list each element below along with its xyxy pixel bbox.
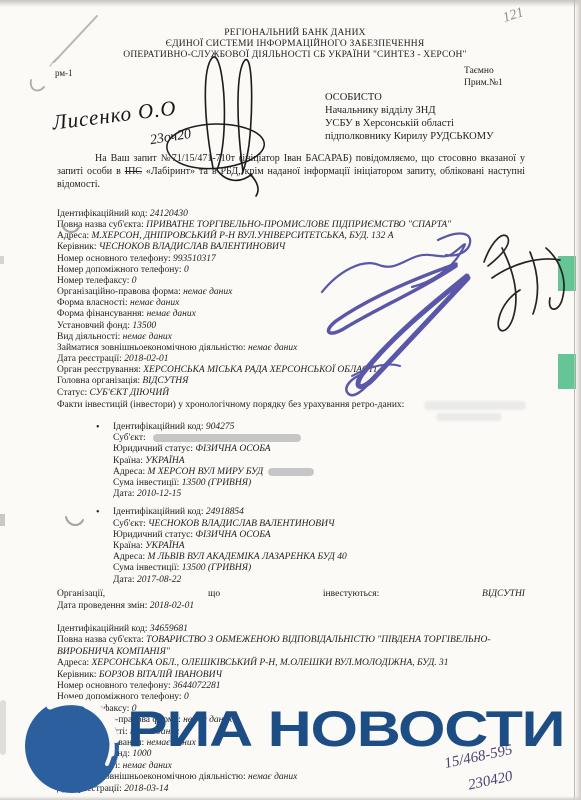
edge-smudge-3: [0, 700, 6, 755]
field-value: 24918854: [206, 507, 244, 517]
field-value: 24120430: [150, 209, 188, 219]
field-label: Країна:: [113, 541, 143, 551]
field-value: немає даних: [248, 772, 297, 782]
field-value: М ЛЬВІВ ВУЛ АКАДЕМІКА ЛАЗАРЕНКА БУД 40: [147, 552, 346, 562]
field-label: Статус:: [57, 388, 87, 398]
hole-punch-arc-1: [31, 80, 44, 91]
field-row: Статус: СУБ'ЄКТ ДІЮЧИЙ: [57, 388, 512, 399]
field-value: СУБ'ЄКТ ДІЮЧИЙ: [89, 388, 169, 398]
redaction-box: [153, 434, 301, 442]
header-line-1: РЕГІОНАЛЬНИЙ БАНК ДАНИХ: [40, 28, 550, 39]
addressee-block: ОСОБИСТО Начальнику відділу ЗНД УСБУ в Х…: [325, 91, 494, 143]
field-value: ФІЗИЧНА ОСОБА: [195, 444, 270, 454]
field-row: Керівник: ЧЕСНОКОВ ВЛАДИСЛАВ ВАЛЕНТИНОВИ…: [57, 242, 512, 253]
field-row: Організаційно-правова форма: немає даних: [57, 287, 512, 298]
field-label: Дата:: [113, 575, 135, 585]
field-row: Номер телефаксу: 0: [57, 276, 512, 287]
field-label: Номер основного телефону:: [57, 681, 171, 691]
field-label: Сума інвестиції:: [113, 478, 179, 488]
field-row: Форма власності: немає даних: [57, 298, 512, 309]
handwritten-page-number: 121: [501, 5, 526, 27]
scanned-document-page: РЕГІОНАЛЬНИЙ БАНК ДАНИХ ЄДИНОЇ СИСТЕМИ І…: [0, 0, 581, 800]
field-row: Юридичний статус: ФІЗИЧНА ОСОБА: [113, 530, 525, 541]
field-row: Номер допоміжного телефону: 0: [57, 265, 512, 276]
field-row: Повна назва суб'єкта: ТОВАРИСТВО З ОБМЕЖ…: [57, 635, 505, 658]
field-label: Номер допоміжного телефону:: [57, 265, 182, 275]
field-value: ЧЕСНОКОВ ВЛАДИСЛАВ ВАЛЕНТИНОВИЧ: [148, 519, 334, 529]
field-label: Країна:: [113, 456, 143, 466]
redaction-box: [268, 468, 314, 476]
field-label: Дата:: [113, 489, 135, 499]
field-label: Головна організація:: [57, 376, 140, 386]
field-label: Адреса:: [113, 552, 145, 562]
scan-edge-right: [575, 0, 581, 800]
field-row: Суб'єкт: ЧЕСНОКОВ ВЛАДИСЛАВ ВАЛЕНТИНОВИЧ: [113, 519, 525, 530]
field-value: 3644072281: [173, 681, 221, 691]
copy-number: Прим.№1: [464, 77, 503, 89]
header-line-2: ЄДИНОЇ СИСТЕМИ ІНФОРМАЦІЙНОГО ЗАБЕЗПЕЧЕН…: [40, 39, 550, 50]
field-value: немає даних: [248, 343, 297, 353]
field-row: Сума інвестиції: 13500 (ГРИВНЯ): [113, 563, 525, 574]
field-row: Ідентифікаційний код: 904275: [113, 422, 525, 433]
field-label: Суб'єкт:: [113, 519, 146, 529]
field-label: Дата проведення змін:: [57, 601, 147, 611]
field-value: 2018-02-01: [150, 601, 194, 611]
edge-smudge-2: [0, 256, 4, 264]
field-label: Повна назва суб'єкта:: [57, 635, 144, 645]
field-label: Організаційно-правова форма:: [57, 287, 181, 297]
field-label: Орган реєстрування:: [57, 365, 141, 375]
secrecy-label: Таємно: [464, 65, 503, 77]
field-label: Керівник:: [57, 242, 97, 252]
ria-globe-icon: [22, 694, 132, 798]
field-label: Дата реєстрації:: [57, 354, 122, 364]
field-row: Форма фінансування: немає даних: [57, 309, 512, 320]
intro-struck-word: ІПС: [125, 166, 142, 177]
field-row: Установчий фонд: 13500: [57, 321, 512, 332]
field-value: 904275: [206, 422, 235, 432]
handwritten-name-note: Лисенко О.О: [51, 95, 178, 135]
scan-edge-top: [0, 0, 581, 7]
field-value: немає даних: [123, 332, 172, 342]
field-value: М.ХЕРСОН, ДНІПРОВСЬКИЙ Р-Н ВУЛ.УНІВЕРСИТ…: [91, 231, 393, 241]
field-row: Адреса: ХЕРСОНСЬКА ОБЛ., ОЛЕШКІВСЬКИЙ Р-…: [57, 658, 505, 669]
field-row: Суб'єкт:: [113, 433, 525, 444]
document-header: РЕГІОНАЛЬНИЙ БАНК ДАНИХ ЄДИНОЇ СИСТЕМИ І…: [40, 28, 550, 61]
field-row: Дата: 2010-12-15: [113, 489, 525, 500]
field-row: Займатися зовнішньоекономічною діяльніст…: [57, 343, 512, 354]
classification-block: Таємно Прим.№1: [464, 65, 503, 89]
field-value: немає даних: [130, 298, 179, 308]
field-label: Адреса:: [57, 658, 89, 668]
org-line-value: ВІДСУТНІ: [482, 589, 525, 599]
field-label: Установчий фонд:: [57, 321, 130, 331]
investor-item: Ідентифікаційний код: 24918854 Суб'єкт: …: [113, 507, 525, 585]
entity1-fields: Ідентифікаційний код: 24120430 Повна наз…: [57, 209, 512, 399]
field-row: Адреса: М.ХЕРСОН, ДНІПРОВСЬКИЙ Р-Н ВУЛ.У…: [57, 231, 512, 242]
field-row: Дата реєстрації: 2018-02-01: [57, 354, 512, 365]
field-value: 2017-08-22: [137, 575, 181, 585]
field-label: Займатися зовнішньоекономічною діяльніст…: [57, 343, 246, 353]
handwritten-date-note: 23оч20: [149, 127, 192, 149]
field-value: немає даних: [147, 309, 196, 319]
field-label: Номер телефаксу:: [57, 276, 129, 286]
organisations-invested-line: Організації, що інвестуються: ВІДСУТНІ: [57, 589, 525, 599]
field-value: 2010-12-15: [137, 489, 181, 499]
field-row: Номер основного телефону: 993510317: [57, 254, 512, 265]
addressee-office: УСБУ в Херсонській області: [325, 117, 494, 130]
form-code: рм-1: [55, 68, 73, 78]
addressee-person: підполковнику Кирилу РУДСЬКОМУ: [325, 130, 494, 143]
change-date-line: Дата проведення змін: 2018-02-01: [57, 601, 194, 611]
field-label: Сума інвестиції:: [113, 563, 179, 573]
field-row: Вид діяльності: немає даних: [57, 332, 512, 343]
field-label: Юридичний статус:: [113, 444, 193, 454]
hole-punch-arc-3: [66, 517, 83, 525]
ghost-redaction-2: [436, 413, 502, 421]
investors-list: Ідентифікаційний код: 904275 Суб'єкт: Юр…: [113, 422, 525, 586]
field-row: Головна організація: ВІДСУТНЯ: [57, 376, 512, 387]
field-value: ЧЕСНОКОВ ВЛАДИСЛАВ ВАЛЕНТИНОВИЧ: [99, 242, 285, 252]
field-label: Повна назва суб'єкта:: [57, 220, 144, 230]
field-value: 0: [184, 265, 189, 275]
field-row: Адреса: М ЛЬВІВ ВУЛ АКАДЕМІКА ЛАЗАРЕНКА …: [113, 552, 525, 563]
field-label: Форма власності:: [57, 298, 128, 308]
field-value: 13500: [132, 321, 156, 331]
scan-edge-bottom: [0, 796, 581, 800]
field-row: Дата: 2017-08-22: [113, 575, 525, 586]
field-value: ХЕРСОНСЬКА МІСЬКА РАДА ХЕРСОНСЬКОЇ ОБЛАС…: [143, 365, 376, 375]
field-value: УКРАЇНА: [145, 541, 184, 551]
field-value: 2018-02-01: [124, 354, 168, 364]
field-row: Ідентифікаційний код: 34659681: [57, 624, 505, 635]
field-label: Ідентифікаційний код:: [57, 624, 148, 634]
field-value: 993510317: [173, 254, 216, 264]
field-value: ХЕРСОНСЬКА ОБЛ., ОЛЕШКІВСЬКИЙ Р-Н, М.ОЛЕ…: [91, 658, 448, 668]
field-row: Країна: УКРАЇНА: [113, 456, 525, 467]
investor-item: Ідентифікаційний код: 904275 Суб'єкт: Юр…: [113, 422, 525, 500]
edge-smudge-1: [0, 514, 5, 526]
field-row: Ідентифікаційний код: 24918854: [113, 507, 525, 518]
ria-novosti-watermark-text: РИА НОВОСТИ: [127, 700, 564, 758]
field-row: Сума інвестиції: 13500 (ГРИВНЯ): [113, 478, 525, 489]
field-label: Адреса:: [57, 231, 89, 241]
org-line-seg3: інвестуються:: [323, 589, 379, 599]
field-value: ВІДСУТНЯ: [142, 376, 188, 386]
ghost-redaction-1: [424, 401, 526, 410]
field-value: 0: [132, 276, 137, 286]
org-line-seg2: що: [208, 589, 220, 599]
field-label: Ідентифікаційний код:: [113, 507, 204, 517]
field-value: М ХЕРСОН ВУЛ МИРУ БУД: [147, 467, 263, 477]
field-label: Юридичний статус:: [113, 530, 193, 540]
field-value: БОРЗОВ ВІТАЛІЙ ІВАНОВИЧ: [99, 670, 222, 680]
field-row: Орган реєстрування: ХЕРСОНСЬКА МІСЬКА РА…: [57, 365, 512, 376]
field-value: ФІЗИЧНА ОСОБА: [195, 530, 270, 540]
field-value: немає даних: [183, 287, 232, 297]
field-value: ПРИВАТНЕ ТОРГІВЕЛЬНО-ПРОМИСЛОВЕ ПІДПРИЄМ…: [146, 220, 451, 230]
field-label: Вид діяльності:: [57, 332, 120, 342]
field-row: Повна назва суб'єкта: ПРИВАТНЕ ТОРГІВЕЛЬ…: [57, 220, 512, 231]
field-row: Адреса: М ХЕРСОН ВУЛ МИРУ БУД: [113, 467, 525, 478]
field-label: Ідентифікаційний код:: [57, 209, 148, 219]
field-value: УКРАЇНА: [145, 456, 184, 466]
field-row: Країна: УКРАЇНА: [113, 541, 525, 552]
org-line-seg1: Організації,: [57, 589, 105, 599]
field-label: Ідентифікаційний код:: [113, 422, 204, 432]
field-row: Юридичний статус: ФІЗИЧНА ОСОБА: [113, 444, 525, 455]
addressee-personal: ОСОБИСТО: [325, 91, 494, 104]
header-line-3: ОПЕРАТИВНО-СЛУЖБОВОЇ ДІЯЛЬНОСТІ СБ УКРАЇ…: [40, 50, 550, 61]
field-row: Ідентифікаційний код: 24120430: [57, 209, 512, 220]
field-value: 13500 (ГРИВНЯ): [182, 478, 251, 488]
field-value: 34659681: [150, 624, 188, 634]
intro-paragraph: На Ваш запит №71/15/471-710т (ініціатор …: [57, 152, 525, 191]
field-row: Керівник: БОРЗОВ ВІТАЛІЙ ІВАНОВИЧ: [57, 670, 505, 681]
addressee-position: Начальнику відділу ЗНД: [325, 104, 494, 117]
field-value: 13500 (ГРИВНЯ): [182, 563, 251, 573]
field-label: Номер основного телефону:: [57, 254, 171, 264]
field-label: Адреса:: [113, 467, 145, 477]
field-label: Керівник:: [57, 670, 97, 680]
field-row: Номер основного телефону: 3644072281: [57, 681, 505, 692]
field-label: Форма фінансування:: [57, 309, 144, 319]
field-label: Суб'єкт:: [113, 433, 146, 443]
